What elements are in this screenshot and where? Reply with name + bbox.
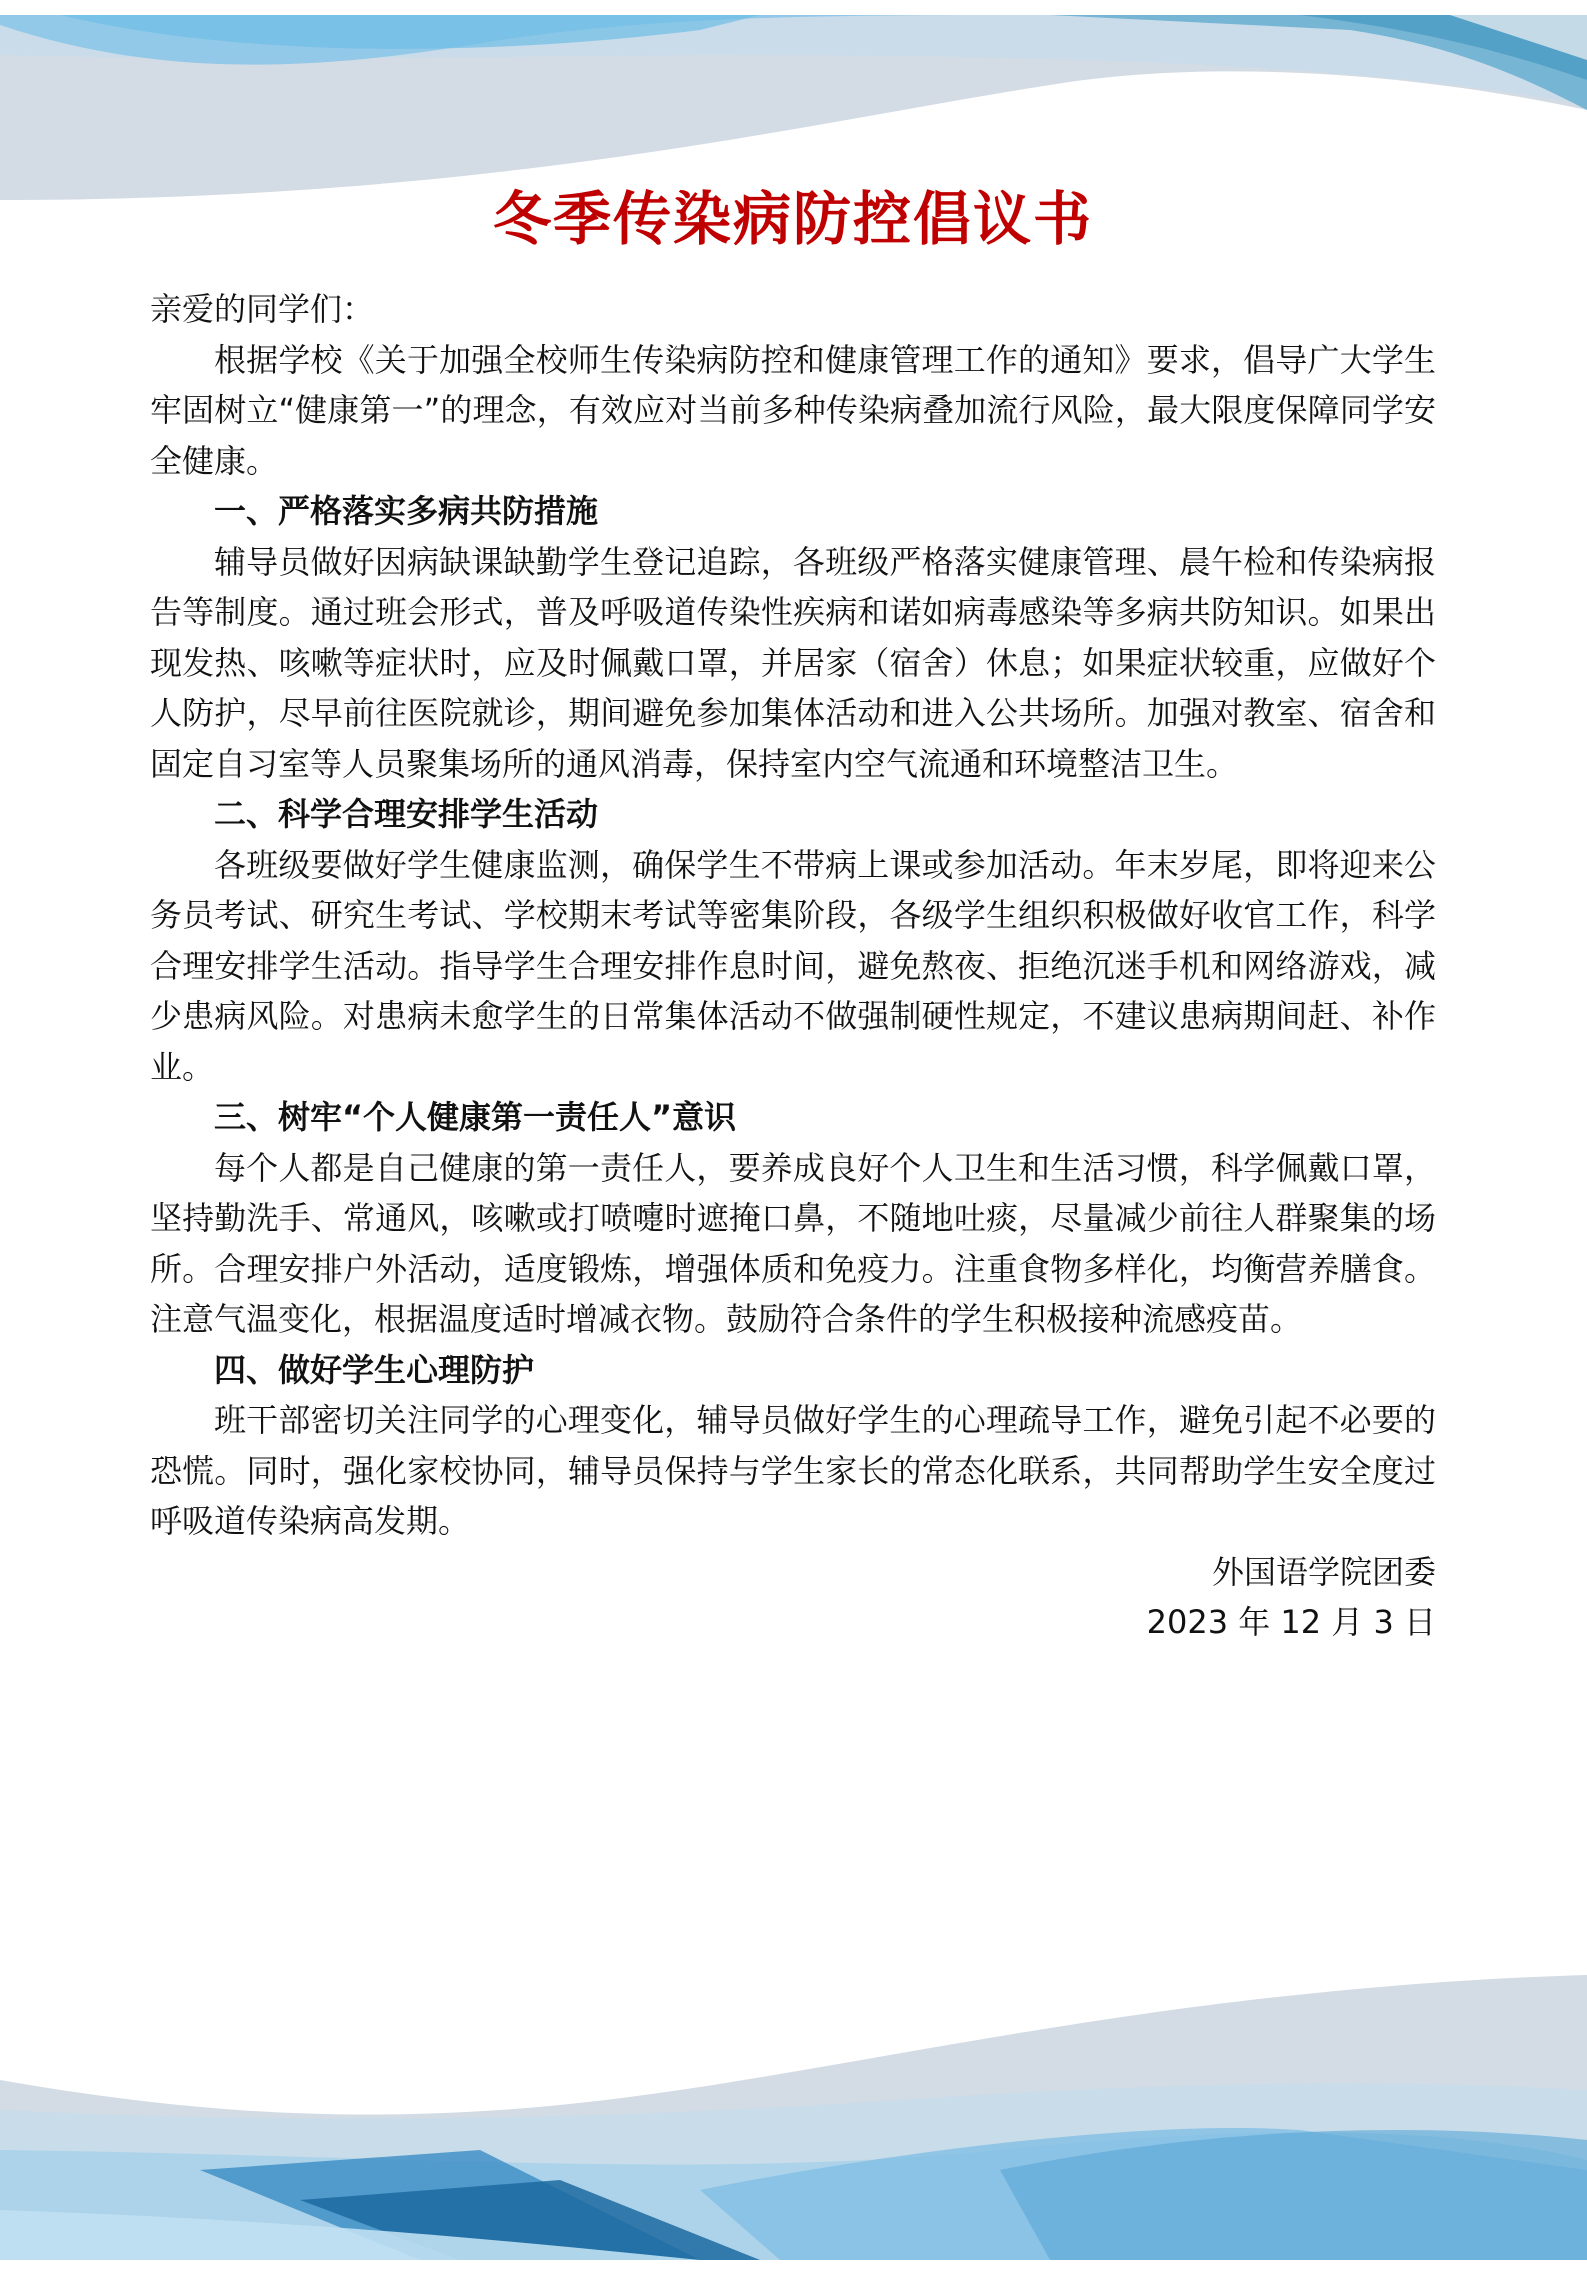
bottom-wave-decoration bbox=[0, 1950, 1587, 2260]
section-heading-1: 一、严格落实多病共防措施 bbox=[150, 486, 1436, 537]
signature-organization: 外国语学院团委 bbox=[150, 1547, 1436, 1598]
signature-date: 2023 年 12 月 3 日 bbox=[150, 1597, 1436, 1648]
section-body-3: 每个人都是自己健康的第一责任人，要养成良好个人卫生和生活习惯，科学佩戴口罩，坚持… bbox=[150, 1143, 1436, 1345]
section-body-4: 班干部密切关注同学的心理变化，辅导员做好学生的心理疏导工作，避免引起不必要的恐慌… bbox=[150, 1395, 1436, 1547]
document-title: 冬季传染病防控倡议书 bbox=[150, 180, 1436, 258]
intro-paragraph: 根据学校《关于加强全校师生传染病防控和健康管理工作的通知》要求，倡导广大学生牢固… bbox=[150, 335, 1436, 487]
section-body-2: 各班级要做好学生健康监测，确保学生不带病上课或参加活动。年末岁尾，即将迎来公务员… bbox=[150, 840, 1436, 1093]
section-heading-4: 四、做好学生心理防护 bbox=[150, 1345, 1436, 1396]
section-body-1: 辅导员做好因病缺课缺勤学生登记追踪，各班级严格落实健康管理、晨午检和传染病报告等… bbox=[150, 537, 1436, 790]
section-heading-2: 二、科学合理安排学生活动 bbox=[150, 789, 1436, 840]
section-heading-3: 三、树牢“个人健康第一责任人”意识 bbox=[150, 1092, 1436, 1143]
document-body: 冬季传染病防控倡议书 亲爱的同学们： 根据学校《关于加强全校师生传染病防控和健康… bbox=[150, 180, 1436, 1648]
salutation: 亲爱的同学们： bbox=[150, 284, 1436, 335]
